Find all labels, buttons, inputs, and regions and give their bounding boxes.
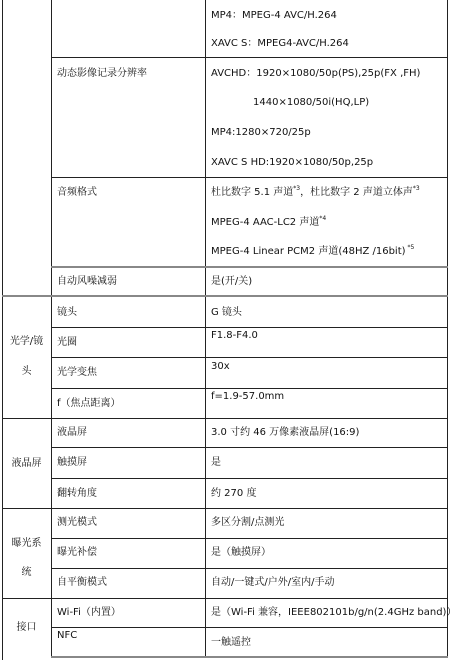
spec-value: MPEG-4 AAC-LC2 声道*4 xyxy=(211,217,326,229)
table-column-divider-2 xyxy=(205,0,206,658)
category-label-optics: 光学/镜 xyxy=(2,336,51,348)
table-border-left xyxy=(2,0,3,660)
footnote-marker: *5 xyxy=(406,244,415,251)
row-divider xyxy=(2,598,448,599)
row-divider xyxy=(2,508,448,509)
spec-value: F1.8-F4.0 xyxy=(211,330,258,342)
row-divider xyxy=(51,627,448,628)
spec-value: 是（触摸屏） xyxy=(211,547,271,559)
spec-value: f=1.9-57.0mm xyxy=(211,391,284,403)
spec-label: 测光模式 xyxy=(57,517,97,529)
spec-label: 自平衡模式 xyxy=(57,577,107,589)
footnote-marker: *3 xyxy=(413,185,420,192)
row-divider xyxy=(51,538,448,539)
spec-value: 一触遥控 xyxy=(211,637,251,649)
spec-label: 动态影像记录分辨率 xyxy=(57,68,147,80)
spec-value: 约 270 度 xyxy=(211,488,256,500)
spec-value: XAVC S HD:1920×1080/50p,25p xyxy=(211,157,373,169)
table-border-bottom xyxy=(51,656,448,658)
spec-value-text: MPEG-4 Linear PCM2 声道(48HZ /16bit) xyxy=(211,246,406,257)
spec-value-text: MPEG-4 AAC-LC2 声道 xyxy=(211,217,319,228)
spec-value: 杜比数字 5.1 声道*3，杜比数字 2 声道立体声*3 xyxy=(211,187,420,199)
spec-value: 多区分割/点测光 xyxy=(211,517,284,529)
spec-value: G 镜头 xyxy=(211,307,242,319)
spec-value: XAVC S：MPEG4-AVC/H.264 xyxy=(211,38,349,50)
spec-label: 音频格式 xyxy=(57,187,97,199)
spec-label: 触摸屏 xyxy=(57,457,87,469)
category-label-exposure: 统 xyxy=(2,567,51,579)
spec-value: 是 xyxy=(211,457,221,469)
spec-value: 1440×1080/50i(HQ,LP) xyxy=(253,97,369,109)
row-divider xyxy=(51,177,448,178)
category-label-optics: 头 xyxy=(2,366,51,378)
spec-label: 翻转角度 xyxy=(57,488,97,500)
row-divider xyxy=(2,295,448,297)
category-label-exposure: 曝光系 xyxy=(2,538,51,550)
spec-value: MPEG-4 Linear PCM2 声道(48HZ /16bit) *5 xyxy=(211,246,414,258)
row-divider xyxy=(2,418,448,419)
spec-label: 液晶屏 xyxy=(57,427,87,439)
table-border-right xyxy=(447,0,448,658)
spec-value: 是(开/关) xyxy=(211,276,252,288)
row-divider xyxy=(51,388,448,389)
spec-value: 自动/一键式/户外/室内/手动 xyxy=(211,577,334,589)
spec-label: f（焦点距离） xyxy=(57,398,121,410)
spec-value: AVCHD：1920×1080/50p(PS),25p(FX ,FH) xyxy=(211,68,420,80)
row-divider xyxy=(51,327,448,328)
row-divider xyxy=(51,266,448,268)
spec-value: 3.0 寸约 46 万像素液晶屏(16:9) xyxy=(211,427,359,439)
spec-label: Wi-Fi（内置） xyxy=(57,607,121,619)
spec-label: NFC xyxy=(57,630,77,642)
spec-label: 光学变焦 xyxy=(57,367,97,379)
category-label-interface: 接口 xyxy=(2,622,51,634)
row-divider xyxy=(51,57,448,58)
row-divider xyxy=(51,478,448,479)
spec-value: MP4：MPEG-4 AVC/H.264 xyxy=(211,10,337,22)
spec-label: 自动风噪减弱 xyxy=(57,276,117,288)
spec-label: 曝光补偿 xyxy=(57,547,97,559)
spec-value: 是（Wi-Fi 兼容，IEEE802101b/g/n(2.4GHz band)） xyxy=(211,607,450,619)
spec-label: 镜头 xyxy=(57,307,77,319)
row-divider xyxy=(51,447,448,448)
category-label-lcd: 液晶屏 xyxy=(2,458,51,470)
spec-label: 光圈 xyxy=(57,337,77,349)
spec-value-text: ，杜比数字 2 声道立体声 xyxy=(300,187,413,198)
spec-value: MP4:1280×720/25p xyxy=(211,127,311,139)
table-column-divider-1 xyxy=(51,0,52,658)
row-divider xyxy=(51,357,448,358)
footnote-marker: *4 xyxy=(319,215,326,222)
spec-value-text: 杜比数字 5.1 声道 xyxy=(211,187,293,198)
row-divider xyxy=(51,568,448,569)
spec-value: 30x xyxy=(211,361,230,373)
